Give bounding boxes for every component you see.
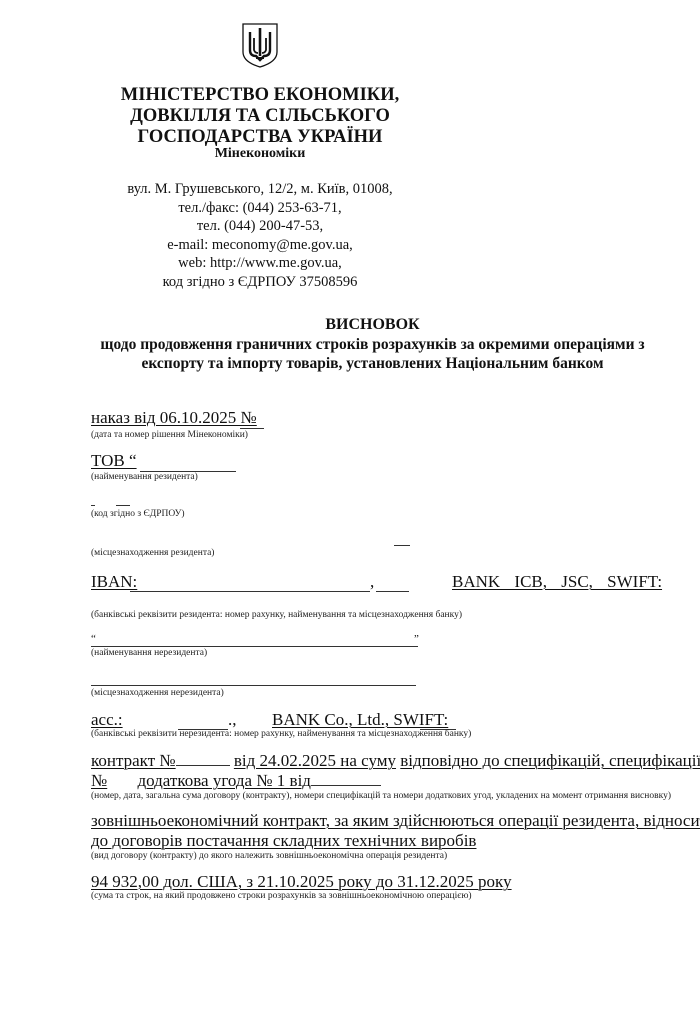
edrpou-code: код згідно з ЄДРПОУ 37508596: [100, 273, 420, 292]
document-subtitle: щодо продовження граничних строків розра…: [60, 335, 685, 373]
contract-type-line2: до договорів постачання складних технічн…: [91, 831, 476, 851]
acc-comma: .,: [228, 710, 237, 730]
contract-type-text-2: до договорів постачання складних технічн…: [91, 831, 476, 850]
edrpou-blank-mark: [91, 505, 95, 506]
phone-fax: тел./факс: (044) 253-63-71,: [100, 199, 420, 218]
order-number-blank: [240, 428, 264, 429]
extension-value: 94 932,00 дол. США, з 21.10.2025 року до…: [91, 872, 512, 891]
nonresident-bank-name: BANK Co., Ltd., SWIFT:: [242, 710, 448, 730]
order-value: наказ від 06.10.2025 №: [91, 408, 257, 427]
contract-type-line1: зовнішньоекономічний контракт, за яким з…: [91, 811, 700, 831]
iban-comma: ,: [370, 572, 374, 592]
order-field: наказ від 06.10.2025 №: [91, 408, 257, 428]
edrpou-hint: (код згідно з ЄДРПОУ): [91, 509, 185, 519]
nonresident-location-blank: [91, 685, 416, 686]
open-quote: “: [91, 633, 96, 645]
order-hint: (дата та номер рішення Мінекономіки): [91, 430, 248, 440]
ministry-short-name: Мінекономіки: [100, 146, 420, 162]
resident-name-value: ТОВ “: [91, 451, 137, 470]
extension-hint: (сума та строк, на який продовжено строк…: [91, 891, 472, 901]
contract-number-label: контракт №: [91, 751, 176, 770]
bank-gap-blank: [376, 591, 409, 592]
subtitle-line: щодо продовження граничних строків розра…: [60, 335, 685, 354]
acc-label: acc.:: [91, 710, 123, 730]
contract-type-text: зовнішньоекономічний контракт, за яким з…: [91, 811, 700, 830]
resident-bank-name: BANK ICB, JSC, SWIFT:: [452, 572, 658, 592]
resident-name-field: ТОВ “: [91, 451, 137, 471]
contract-field: контракт № від 24.02.2025 на суму відпов…: [91, 751, 658, 771]
document-title: ВИСНОВОК: [60, 316, 685, 334]
ministry-line: ГОСПОДАРСТВА УКРАЇНИ: [100, 127, 420, 148]
edrpou-blank: [116, 505, 130, 506]
close-quote: ”: [414, 633, 419, 645]
nonresident-name-hint: (найменування нерезидента): [91, 648, 207, 658]
ministry-name: МІНІСТЕРСТВО ЕКОНОМІКИ, ДОВКІЛЛЯ ТА СІЛЬ…: [100, 85, 420, 148]
additional-agreement-date-blank: [311, 784, 381, 786]
nonresident-bank-hint: (банківські реквізити нерезидента: номер…: [91, 729, 471, 739]
iban-label: IBAN:: [91, 572, 137, 591]
extension-field: 94 932,00 дол. США, з 21.10.2025 року до…: [91, 872, 512, 892]
specification-number-label: №: [91, 771, 107, 790]
resident-name-hint: (найменування резидента): [91, 472, 198, 482]
iban-blank: [130, 591, 370, 592]
ministry-line: ДОВКІЛЛЯ ТА СІЛЬСЬКОГО: [100, 106, 420, 127]
contract-type-hint: (вид договору (контракту) до якого належ…: [91, 851, 447, 861]
email: e-mail: meconomy@me.gov.ua,: [100, 236, 420, 255]
nonresident-bank-text: BANK Co., Ltd., SWIFT:: [242, 710, 448, 729]
contract-field-line2: № додаткова угода № 1 від: [91, 771, 381, 791]
contract-hint: (номер, дата, загальна сума договору (ко…: [91, 791, 671, 801]
resident-bank-hint: (банківські реквізити резидента: номер р…: [91, 610, 462, 620]
resident-bank-text: BANK ICB, JSC, SWIFT:: [452, 572, 662, 591]
resident-location-hint: (місцезнаходження резидента): [91, 548, 214, 558]
nonresident-name-blank: [91, 646, 418, 647]
acc-label-text: acc.:: [91, 710, 123, 729]
contract-number-blank: [176, 764, 230, 766]
contract-specifications: відповідно до специфікацій, специфікації: [400, 751, 700, 770]
website: web: http://www.me.gov.ua,: [100, 254, 420, 273]
subtitle-line: експорту та імпорту товарів, установлени…: [60, 354, 685, 373]
resident-location-blank: [394, 545, 410, 546]
nonresident-location-hint: (місцезнаходження нерезидента): [91, 688, 224, 698]
phone: тел. (044) 200-47-53,: [100, 217, 420, 236]
contract-date: від 24.02.2025 на суму: [234, 751, 396, 770]
additional-agreement: додаткова угода № 1 від: [137, 771, 310, 790]
trident-coat-of-arms-icon: [241, 22, 279, 68]
ministry-line: МІНІСТЕРСТВО ЕКОНОМІКИ,: [100, 85, 420, 106]
ministry-contacts: вул. М. Грушевського, 12/2, м. Київ, 010…: [100, 180, 420, 292]
address: вул. М. Грушевського, 12/2, м. Київ, 010…: [100, 180, 420, 199]
